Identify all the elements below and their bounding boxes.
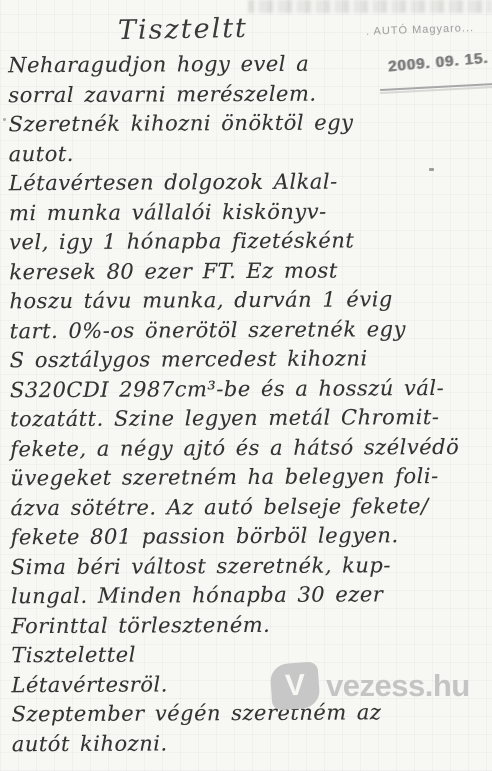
handwritten-line: tart. 0%-os önerötöl szeretnék egy: [10, 314, 484, 346]
handwritten-line: fekete 801 passion börböl legyen.: [11, 521, 485, 553]
handwritten-line: Létavértesen dolgozok Alkal-: [9, 167, 483, 199]
handwritten-line: autót kihozni.: [12, 727, 486, 759]
handwritten-line: tozatátt. Szine legyen metál Chromit-: [10, 403, 484, 435]
handwritten-line: autot.: [9, 137, 483, 169]
vezess-logo-icon: V: [269, 661, 320, 710]
scan-artifact-smudge: [248, 0, 492, 13]
handwritten-line: Szeretnék kihozni önöktöl egy: [8, 108, 482, 140]
handwritten-line: vel, igy 1 hónapba fizetésként: [9, 226, 483, 258]
letter-body: Neharagudjon hogy evel asorral zavarni m…: [8, 49, 486, 759]
scan-speck: [3, 118, 6, 121]
handwritten-line: hoszu távu munka, durván 1 évig: [9, 285, 483, 317]
handwritten-line: ázva sötétre. Az autó belseje fekete/: [10, 491, 484, 523]
handwritten-line: mi munka vállalói kiskönyv-: [9, 196, 483, 228]
handwritten-line: fekete, a négy ajtó és a hátsó szélvédö: [10, 432, 484, 464]
vezess-logo-letter: V: [284, 669, 305, 704]
handwritten-line: lungal. Minden hónapba 30 ezer: [11, 580, 485, 612]
scanned-letter-page: Tiszteltt . AUTÓ Magyaro... 2009. 09. 15…: [0, 0, 492, 771]
salutation-heading: Tiszteltt: [118, 13, 248, 46]
handwritten-line: Sima béri váltost szeretnék, kup-: [11, 550, 485, 582]
handwritten-line: S320CDI 2987cm³-be és a hosszú vál-: [10, 373, 484, 405]
org-stamp: . AUTÓ Magyaro...: [366, 22, 474, 38]
handwritten-line: keresek 80 ezer FT. Ez most: [9, 255, 483, 287]
handwritten-line: S osztálygos mercedest kihozni: [10, 344, 484, 376]
handwritten-line: üvegeket szeretném ha belegyen foli-: [10, 462, 484, 494]
watermark: V vezess.hu: [271, 663, 470, 709]
handwritten-line: sorral zavarni merészelem.: [8, 78, 482, 110]
watermark-text: vezess.hu: [326, 668, 470, 704]
handwritten-line: Forinttal törleszteném.: [11, 609, 485, 641]
handwritten-line: Neharagudjon hogy evel a: [8, 49, 482, 81]
